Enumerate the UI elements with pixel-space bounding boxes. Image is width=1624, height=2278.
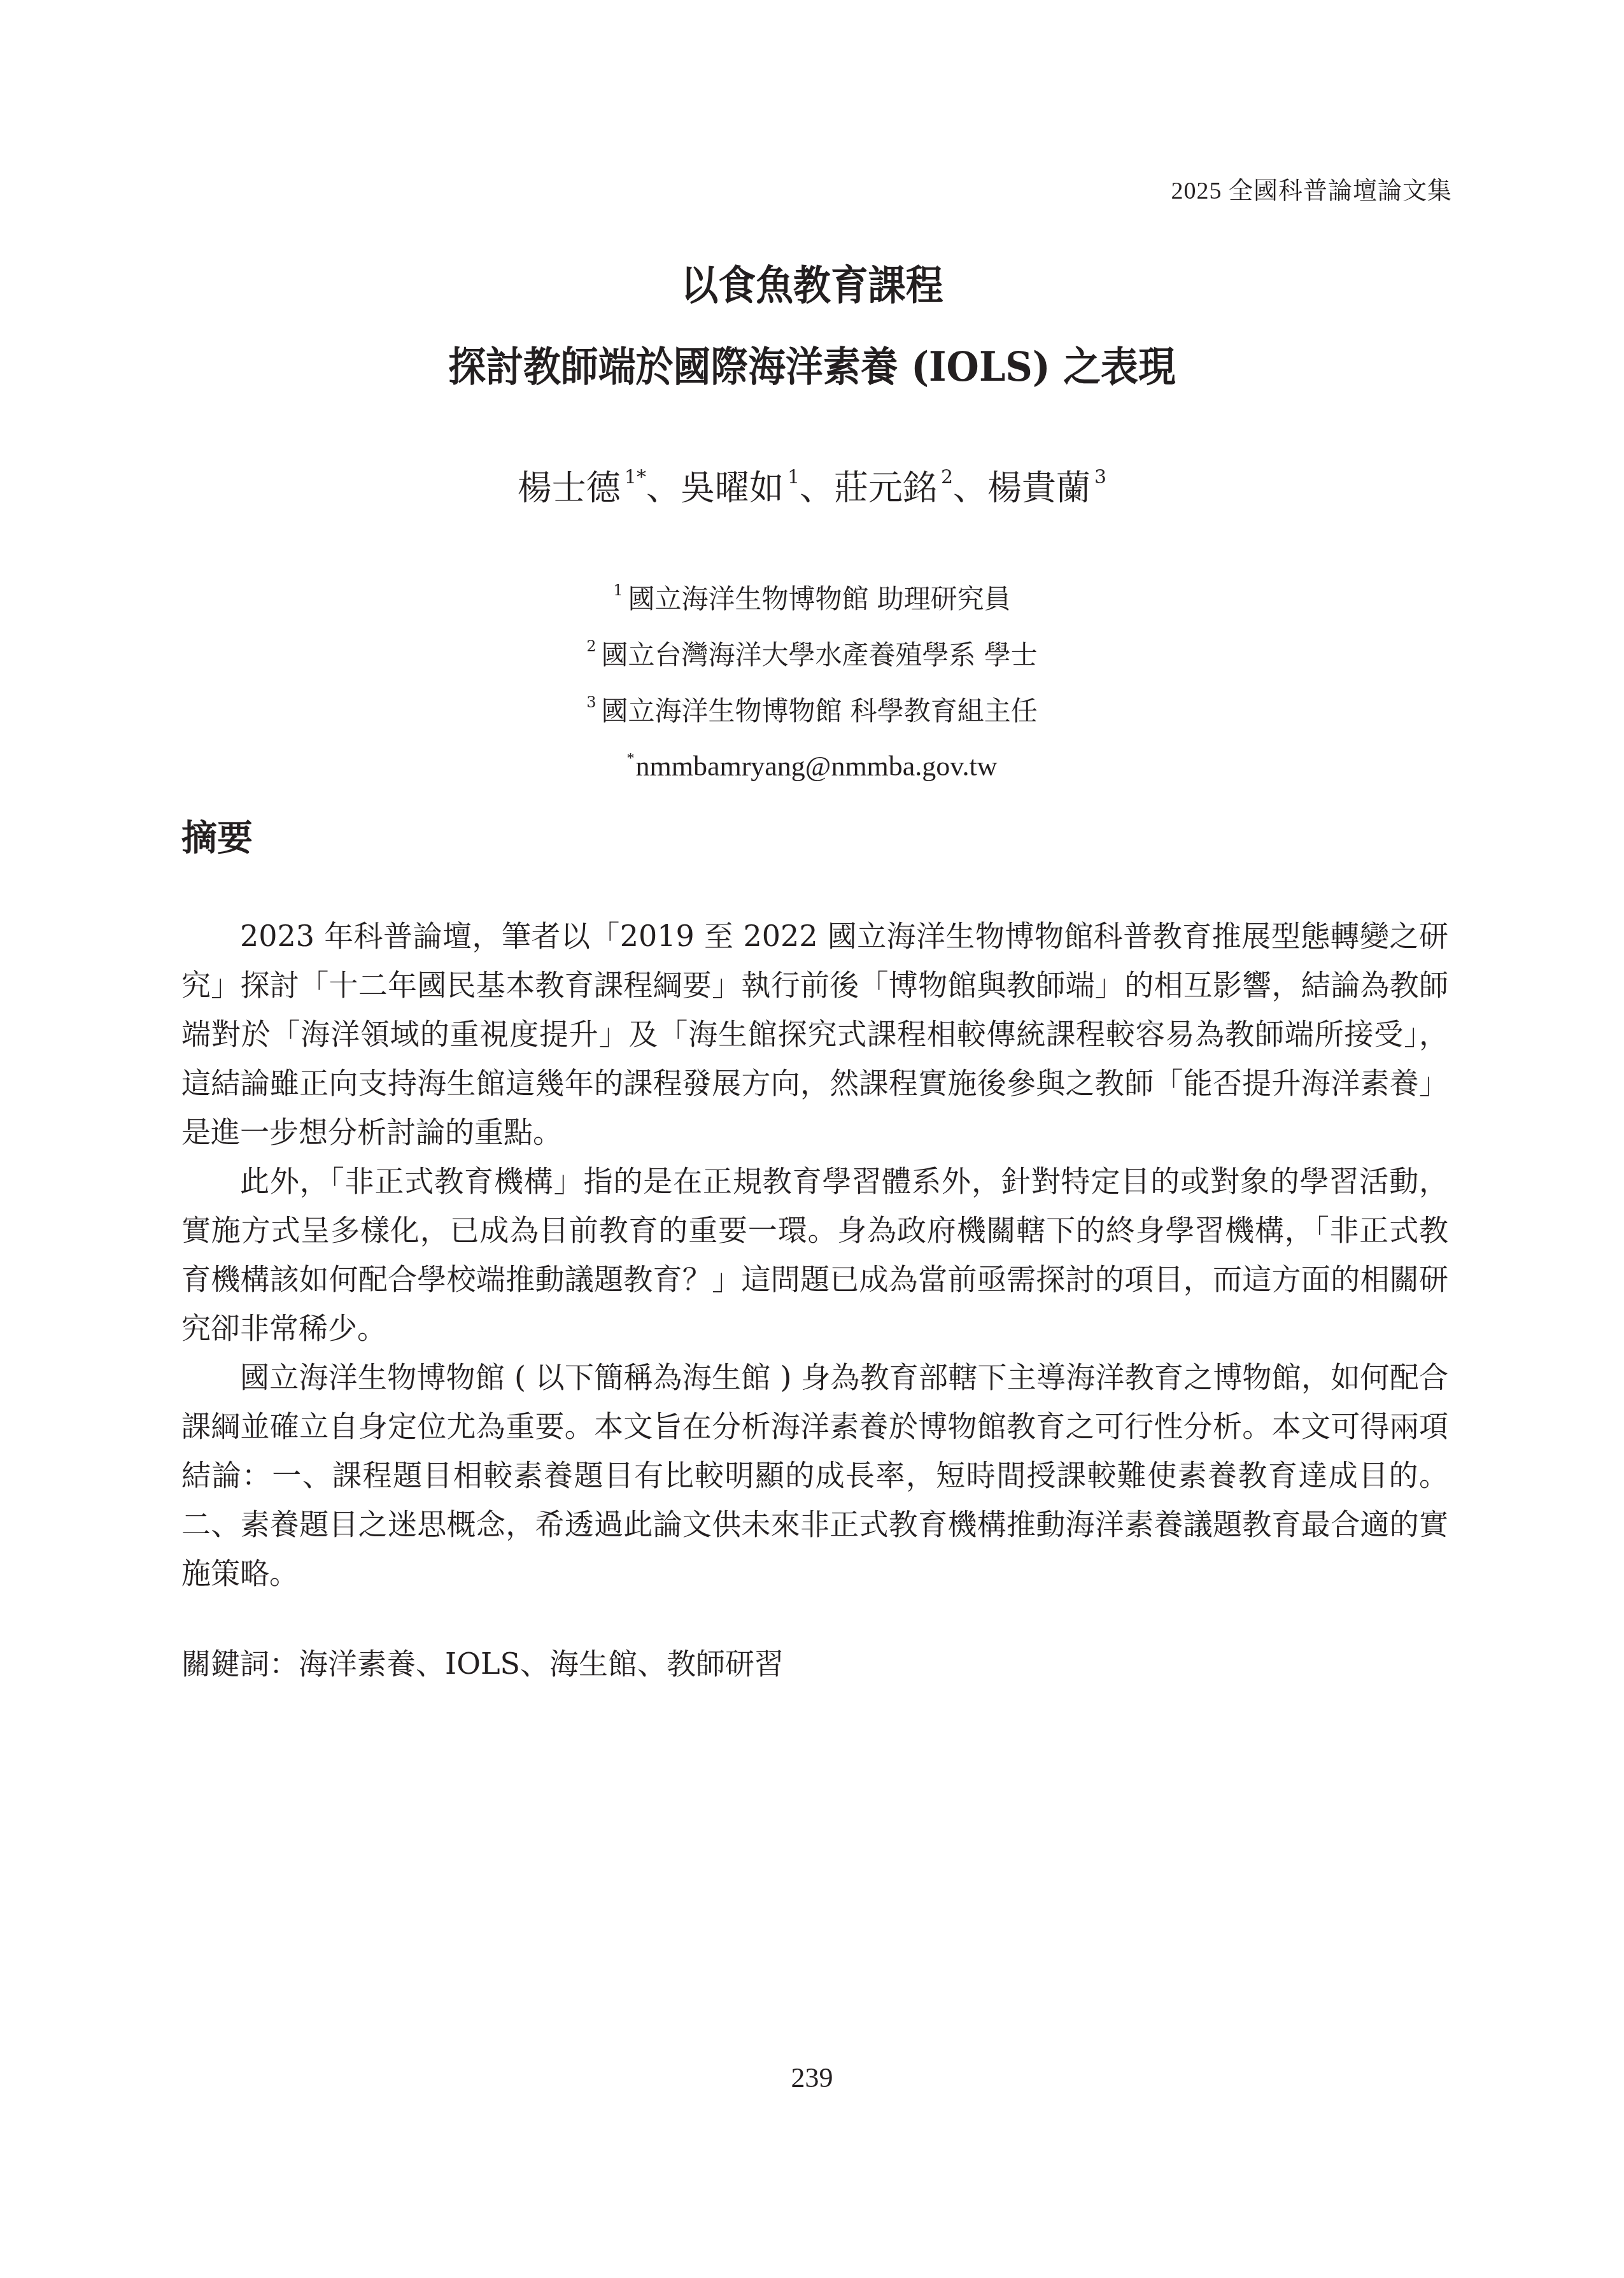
affiliation-mark: 1 xyxy=(613,581,623,599)
author-name: 莊元銘 xyxy=(834,468,937,508)
author-separator: 、 xyxy=(800,468,834,508)
affiliation-mark: 2 xyxy=(586,637,596,655)
affiliation-list: 1國立海洋生物博物館 助理研究員 2國立台灣海洋大學水產養殖學系 學士 3國立海… xyxy=(0,567,1624,790)
author-name: 吳曜如 xyxy=(681,468,784,508)
author-mark: 1 xyxy=(787,466,800,488)
title-line-2: 探討教師端於國際海洋素養 (IOLS) 之表現 xyxy=(65,327,1559,408)
author-name: 楊貴蘭 xyxy=(987,468,1091,508)
running-header: 2025 全國科普論壇論文集 xyxy=(1171,171,1452,206)
abstract-paragraph: 2023 年科普論壇，筆者以「2019 至 2022 國立海洋生物博物館科普教育… xyxy=(181,912,1448,1157)
author-list: 楊士德1*、吳曜如1、莊元銘2、楊貴蘭3 xyxy=(0,452,1624,514)
affiliation-item: 3國立海洋生物博物館 科學教育組主任 xyxy=(0,679,1624,735)
abstract-paragraph: 此外，「非正式教育機構」指的是在正規教育學習體系外，針對特定目的或對象的學習活動… xyxy=(181,1157,1448,1353)
author-name: 楊士德 xyxy=(518,468,621,508)
title-line-1: 以食魚教育課程 xyxy=(65,245,1559,327)
abstract-heading: 摘要 xyxy=(181,810,253,861)
affiliation-item: 1國立海洋生物博物館 助理研究員 xyxy=(0,567,1624,623)
affiliation-text: 國立台灣海洋大學水產養殖學系 學士 xyxy=(601,639,1037,670)
keywords-label: 關鍵詞： xyxy=(181,1646,299,1681)
keywords-list: 海洋素養、IOLS、海生館、教師研習 xyxy=(299,1646,784,1681)
author-separator: 、 xyxy=(953,468,987,508)
abstract-body: 2023 年科普論壇，筆者以「2019 至 2022 國立海洋生物博物館科普教育… xyxy=(181,912,1448,1598)
paper-title: 以食魚教育課程 探討教師端於國際海洋素養 (IOLS) 之表現 xyxy=(0,245,1624,408)
keywords: 關鍵詞：海洋素養、IOLS、海生館、教師研習 xyxy=(181,1639,784,1688)
author-mark: 1* xyxy=(625,466,646,488)
corresponding-email: *nmmbamryang@nmmba.gov.tw xyxy=(0,735,1624,790)
affiliation-item: 2國立台灣海洋大學水產養殖學系 學士 xyxy=(0,623,1624,679)
email-address[interactable]: nmmbamryang@nmmba.gov.tw xyxy=(635,751,997,782)
author-mark: 3 xyxy=(1094,466,1106,488)
abstract-paragraph: 國立海洋生物博物館 ( 以下簡稱為海生館 ) 身為教育部轄下主導海洋教育之博物館… xyxy=(181,1353,1448,1598)
affiliation-text: 國立海洋生物博物館 助理研究員 xyxy=(628,583,1010,614)
email-mark: * xyxy=(626,750,634,767)
page-number: 239 xyxy=(0,2062,1624,2094)
affiliation-text: 國立海洋生物博物館 科學教育組主任 xyxy=(601,695,1037,726)
author-mark: 2 xyxy=(941,466,953,488)
author-separator: 、 xyxy=(646,468,681,508)
affiliation-mark: 3 xyxy=(586,693,596,711)
